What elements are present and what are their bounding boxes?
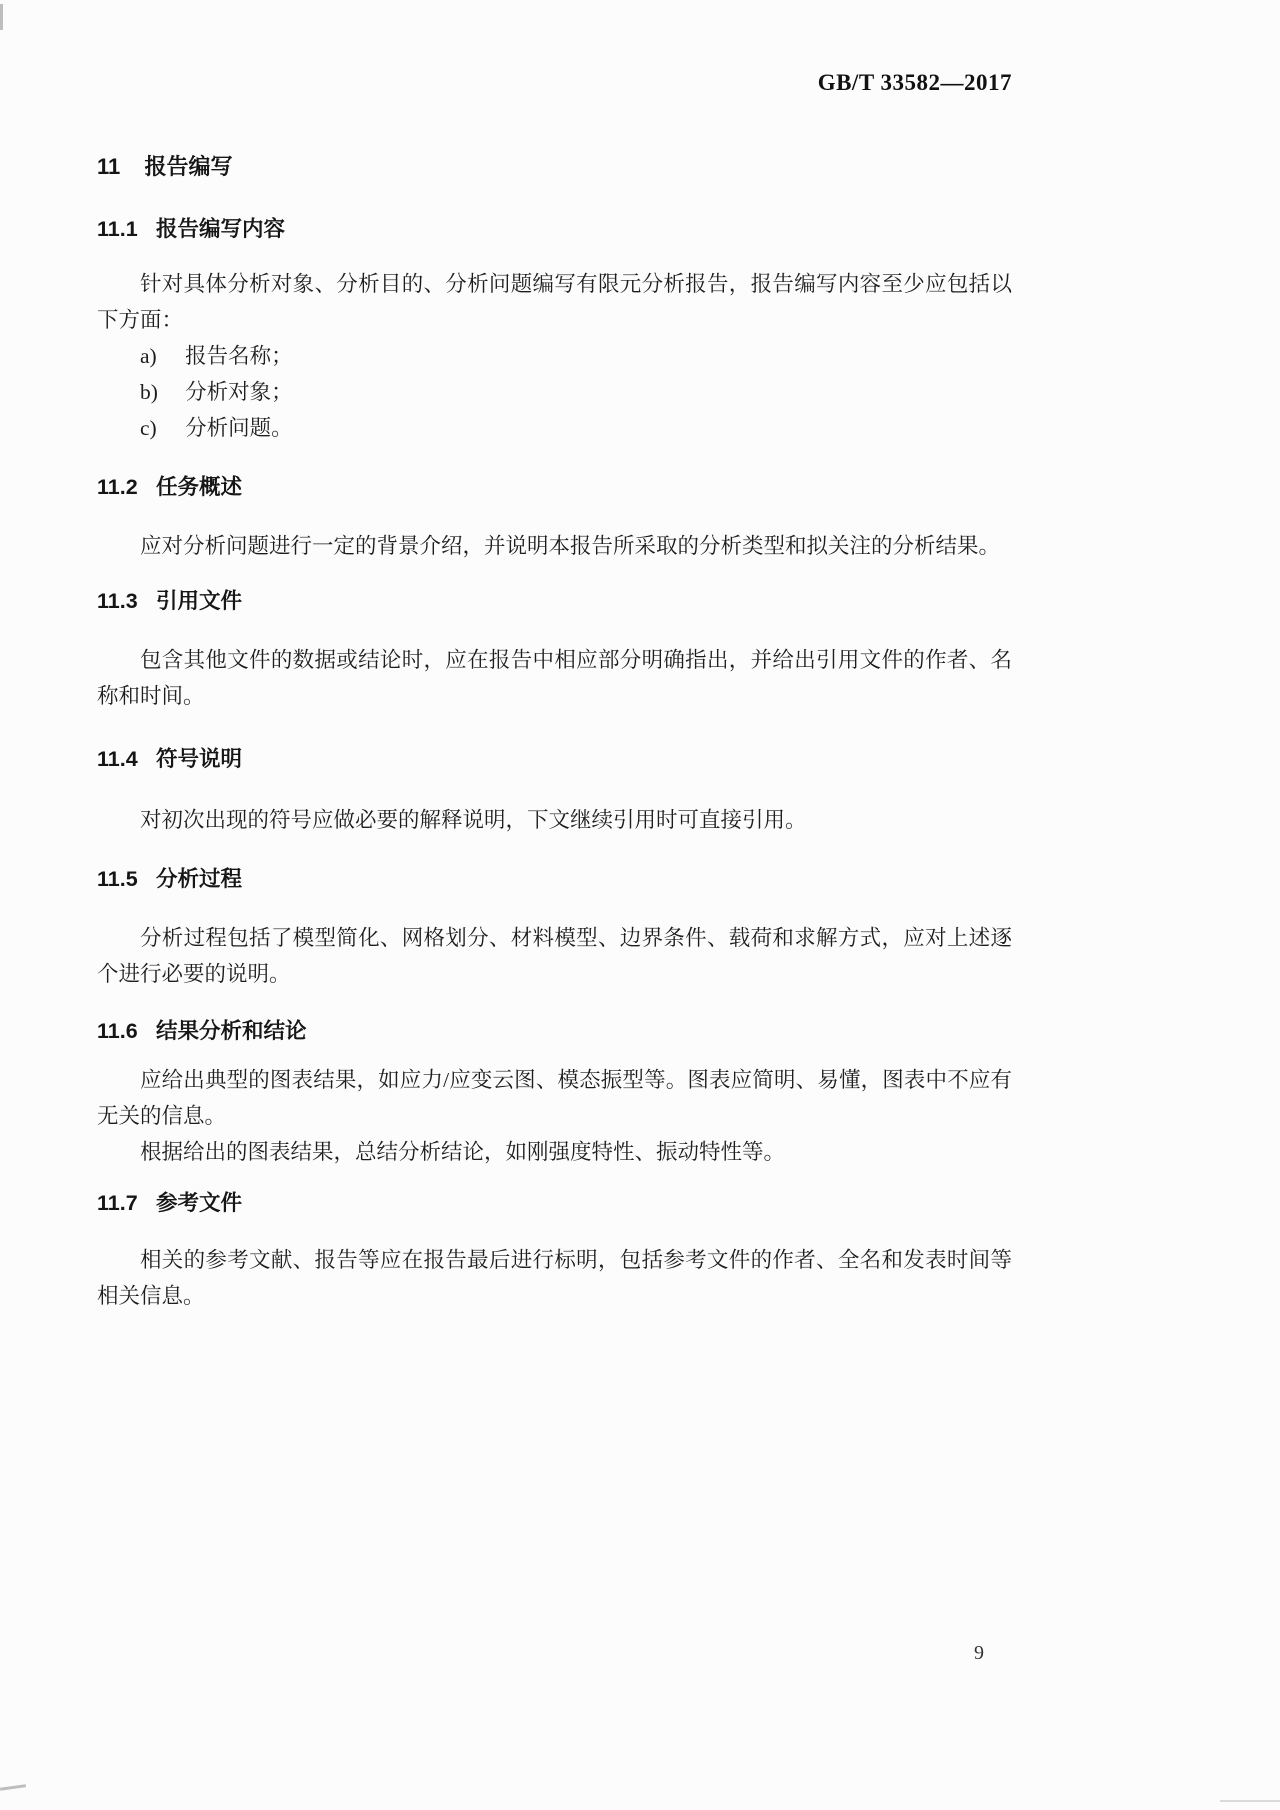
section-title: 参考文件	[156, 1191, 242, 1215]
list-text: 分析对象；	[185, 380, 293, 404]
section-11-3: 11.3引用文件 包含其他文件的数据或结论时，应在报告中相应部分明确指出，并给出…	[97, 586, 1012, 714]
paragraph: 应对分析问题进行一定的背景介绍，并说明本报告所采取的分析类型和拟关注的分析结果。	[97, 528, 1012, 564]
section-heading: 11.6结果分析和结论	[97, 1016, 1012, 1046]
list-item: b)分析对象；	[140, 374, 1012, 410]
page-number: 9	[974, 1642, 984, 1665]
list-marker: b)	[140, 374, 165, 410]
section-number: 11.3	[97, 589, 138, 613]
section-title: 任务概述	[156, 475, 242, 499]
section-11-6: 11.6结果分析和结论 应给出典型的图表结果，如应力/应变云图、模态振型等。图表…	[97, 1016, 1012, 1170]
section-11-7: 11.7参考文件 相关的参考文献、报告等应在报告最后进行标明，包括参考文件的作者…	[97, 1188, 1012, 1314]
lettered-list: a)报告名称； b)分析对象； c)分析问题。	[97, 338, 1012, 446]
list-marker: c)	[140, 410, 165, 446]
section-heading: 11.2任务概述	[97, 472, 1012, 502]
paragraph: 针对具体分析对象、分析目的、分析问题编写有限元分析报告，报告编写内容至少应包括以…	[97, 266, 1012, 338]
paragraph: 对初次出现的符号应做必要的解释说明，下文继续引用时可直接引用。	[97, 802, 1012, 838]
section-title: 符号说明	[156, 747, 242, 771]
section-heading: 11.1报告编写内容	[97, 214, 1012, 244]
document-page: GB/T 33582—2017 11报告编写 11.1报告编写内容 针对具体分析…	[0, 0, 1280, 1810]
section-heading: 11.4符号说明	[97, 744, 1012, 774]
document-body: 11报告编写 11.1报告编写内容 针对具体分析对象、分析目的、分析问题编写有限…	[97, 152, 1012, 1314]
list-marker: a)	[140, 338, 165, 374]
paragraph: 分析过程包括了模型简化、网格划分、材料模型、边界条件、载荷和求解方式，应对上述逐…	[97, 920, 1012, 992]
section-title: 引用文件	[156, 589, 242, 613]
scan-artifact	[0, 4, 3, 30]
section-heading: 11.7参考文件	[97, 1188, 1012, 1218]
page-header: GB/T 33582—2017	[97, 70, 1012, 98]
section-11-2: 11.2任务概述 应对分析问题进行一定的背景介绍，并说明本报告所采取的分析类型和…	[97, 472, 1012, 564]
scan-artifact	[0, 1784, 26, 1791]
section-title: 报告编写内容	[156, 217, 285, 241]
standard-code: GB/T 33582—2017	[818, 70, 1012, 95]
chapter-title: 报告编写	[144, 154, 232, 179]
section-heading: 11.5分析过程	[97, 864, 1012, 894]
section-11-4: 11.4符号说明 对初次出现的符号应做必要的解释说明，下文继续引用时可直接引用。	[97, 744, 1012, 838]
section-number: 11.2	[97, 475, 138, 499]
section-title: 结果分析和结论	[156, 1019, 307, 1043]
section-heading: 11.3引用文件	[97, 586, 1012, 616]
list-text: 报告名称；	[185, 344, 293, 368]
paragraph: 根据给出的图表结果，总结分析结论，如刚强度特性、振动特性等。	[97, 1134, 1012, 1170]
section-11-5: 11.5分析过程 分析过程包括了模型简化、网格划分、材料模型、边界条件、载荷和求…	[97, 864, 1012, 992]
section-number: 11.4	[97, 747, 138, 771]
section-number: 11.6	[97, 1019, 138, 1043]
list-text: 分析问题。	[185, 416, 293, 440]
section-11-1: 11.1报告编写内容 针对具体分析对象、分析目的、分析问题编写有限元分析报告，报…	[97, 214, 1012, 446]
section-title: 分析过程	[156, 867, 242, 891]
paragraph: 包含其他文件的数据或结论时，应在报告中相应部分明确指出，并给出引用文件的作者、名…	[97, 642, 1012, 714]
list-item: a)报告名称；	[140, 338, 1012, 374]
paragraph: 应给出典型的图表结果，如应力/应变云图、模态振型等。图表应简明、易懂，图表中不应…	[97, 1062, 1012, 1134]
chapter-heading: 11报告编写	[97, 152, 1012, 182]
paragraph: 相关的参考文献、报告等应在报告最后进行标明，包括参考文件的作者、全名和发表时间等…	[97, 1242, 1012, 1314]
section-number: 11.5	[97, 867, 138, 891]
chapter-number: 11	[97, 154, 120, 179]
section-number: 11.1	[97, 217, 138, 241]
list-item: c)分析问题。	[140, 410, 1012, 446]
section-number: 11.7	[97, 1191, 138, 1215]
scan-artifact	[1220, 1800, 1280, 1802]
